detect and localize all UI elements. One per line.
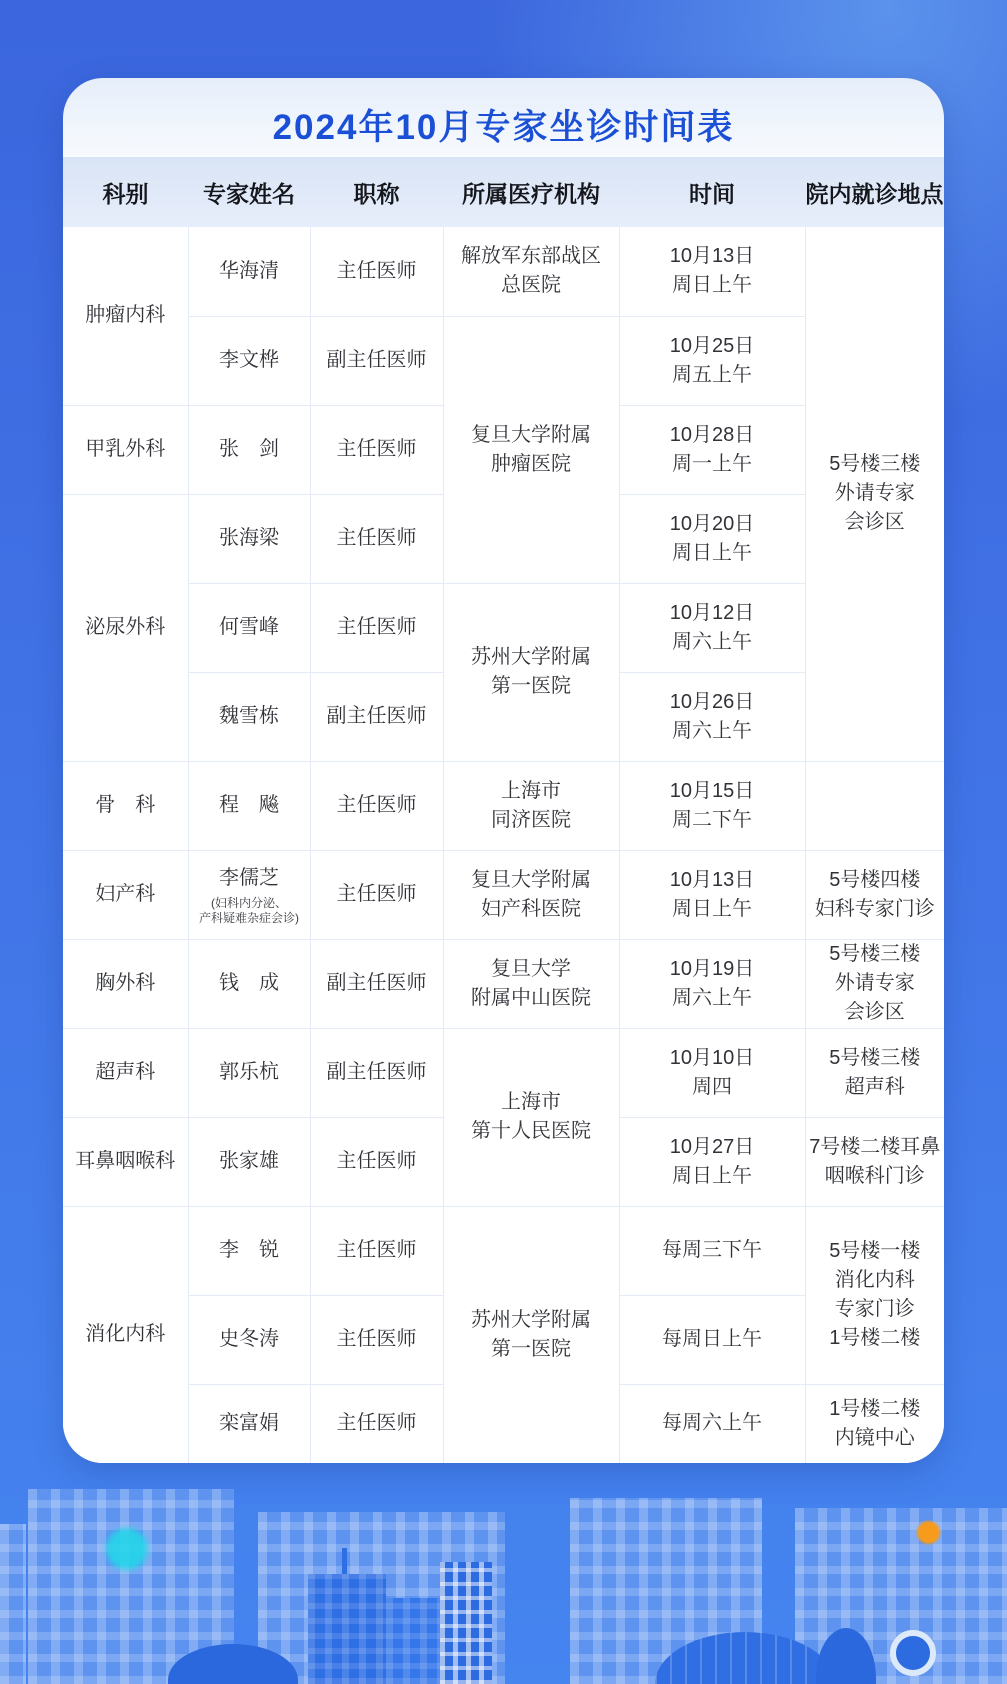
cell-loc: 7号楼二楼耳鼻咽喉科门诊 [805, 1117, 944, 1206]
cell-name: 程 飚 [188, 761, 310, 850]
cell-name: 魏雪栋 [188, 672, 310, 761]
cell-dept: 肿瘤内科 [63, 227, 188, 405]
cell-inst: 上海市第十人民医院 [443, 1028, 619, 1206]
cell-dept: 骨 科 [63, 761, 188, 850]
cell-time: 10月25日周五上午 [619, 316, 805, 405]
cell-title: 副主任医师 [310, 1028, 443, 1117]
cell-name: 栾富娟 [188, 1384, 310, 1463]
cell-dept: 妇产科 [63, 850, 188, 939]
cell-time: 每周六上午 [619, 1384, 805, 1463]
cell-time: 每周日上午 [619, 1295, 805, 1384]
cell-dept: 超声科 [63, 1028, 188, 1117]
background-building [0, 1524, 26, 1684]
ferris-wheel-icon [890, 1630, 936, 1676]
cyan-dot-decoration [106, 1528, 148, 1570]
cell-title: 副主任医师 [310, 939, 443, 1028]
cell-loc: 5号楼四楼妇科专家门诊 [805, 850, 944, 939]
table-row: 妇产科李儒芝(妇科内分泌、产科疑难杂症会诊)主任医师复旦大学附属妇产科医院10月… [63, 850, 944, 939]
cell-dept: 泌尿外科 [63, 494, 188, 761]
cell-title: 副主任医师 [310, 316, 443, 405]
cell-dept: 消化内科 [63, 1206, 188, 1463]
cell-loc: 5号楼三楼超声科 [805, 1028, 944, 1117]
cell-loc: 1号楼二楼内镜中心 [805, 1384, 944, 1463]
table-row: 肿瘤内科华海清主任医师解放军东部战区总医院10月13日周日上午5号楼三楼外请专家… [63, 227, 944, 316]
header-row: 科别专家姓名职称所属医疗机构时间院内就诊地点 [63, 157, 944, 227]
cell-time: 10月15日周二下午 [619, 761, 805, 850]
cell-title: 主任医师 [310, 227, 443, 316]
background-building [258, 1512, 505, 1684]
dome-stadium [655, 1632, 835, 1684]
cell-loc: 5号楼三楼外请专家会诊区 [805, 227, 944, 761]
cell-name: 钱 成 [188, 939, 310, 1028]
cell-name: 张 剑 [188, 405, 310, 494]
cell-time: 10月20日周日上午 [619, 494, 805, 583]
cell-title: 主任医师 [310, 850, 443, 939]
cell-name: 李儒芝(妇科内分泌、产科疑难杂症会诊) [188, 850, 310, 939]
cell-title: 副主任医师 [310, 672, 443, 761]
cell-dept: 胸外科 [63, 939, 188, 1028]
table-row: 消化内科李 锐主任医师苏州大学附属第一医院每周三下午5号楼一楼消化内科专家门诊1… [63, 1206, 944, 1295]
column-header-title: 职称 [310, 157, 443, 227]
table-row: 胸外科钱 成副主任医师复旦大学附属中山医院10月19日周六上午5号楼三楼外请专家… [63, 939, 944, 1028]
background-building [28, 1489, 234, 1684]
dotted-window-building [440, 1562, 492, 1684]
table-row: 骨 科程 飚主任医师上海市同济医院10月15日周二下午 [63, 761, 944, 850]
cell-time: 10月26日周六上午 [619, 672, 805, 761]
schedule-table: 科别专家姓名职称所属医疗机构时间院内就诊地点 肿瘤内科华海清主任医师解放军东部战… [63, 157, 944, 1463]
cell-name: 何雪峰 [188, 583, 310, 672]
cell-dept: 耳鼻咽喉科 [63, 1117, 188, 1206]
cell-time: 10月10日周四 [619, 1028, 805, 1117]
cell-time: 10月13日周日上午 [619, 850, 805, 939]
column-header-time: 时间 [619, 157, 805, 227]
cell-inst: 上海市同济医院 [443, 761, 619, 850]
foreground-building [386, 1598, 448, 1684]
cell-time: 每周三下午 [619, 1206, 805, 1295]
page-title: 2024年10月专家坐诊时间表 [63, 78, 944, 157]
cell-dept: 甲乳外科 [63, 405, 188, 494]
cell-inst: 复旦大学附属肿瘤医院 [443, 316, 619, 583]
cell-title: 主任医师 [310, 583, 443, 672]
background-building [570, 1498, 762, 1684]
cell-loc: 5号楼三楼外请专家会诊区 [805, 939, 944, 1028]
cell-title: 主任医师 [310, 1384, 443, 1463]
background-building [795, 1508, 1007, 1684]
schedule-card: 2024年10月专家坐诊时间表 科别专家姓名职称所属医疗机构时间院内就诊地点 肿… [63, 78, 944, 1463]
table-header: 科别专家姓名职称所属医疗机构时间院内就诊地点 [63, 157, 944, 227]
cell-inst: 苏州大学附属第一医院 [443, 583, 619, 761]
tower-spire [342, 1548, 347, 1576]
cell-title: 主任医师 [310, 761, 443, 850]
cell-name: 张家雄 [188, 1117, 310, 1206]
cell-name: 郭乐杭 [188, 1028, 310, 1117]
cell-time: 10月19日周六上午 [619, 939, 805, 1028]
name-note: (妇科内分泌、产科疑难杂症会诊) [189, 896, 310, 926]
cell-title: 主任医师 [310, 494, 443, 583]
cell-name: 史冬涛 [188, 1295, 310, 1384]
city-skyline-illustration [0, 1463, 1007, 1684]
cell-name: 张海梁 [188, 494, 310, 583]
cell-title: 主任医师 [310, 1295, 443, 1384]
cell-inst: 复旦大学附属中山医院 [443, 939, 619, 1028]
rounded-hall [168, 1644, 298, 1684]
orange-dot-decoration [917, 1521, 940, 1544]
column-header-dept: 科别 [63, 157, 188, 227]
cell-title: 主任医师 [310, 1206, 443, 1295]
cell-title: 主任医师 [310, 1117, 443, 1206]
foreground-tower [308, 1574, 386, 1684]
column-header-name: 专家姓名 [188, 157, 310, 227]
cell-time: 10月27日周日上午 [619, 1117, 805, 1206]
cell-inst: 解放军东部战区总医院 [443, 227, 619, 316]
column-header-inst: 所属医疗机构 [443, 157, 619, 227]
cell-name: 李 锐 [188, 1206, 310, 1295]
column-header-loc: 院内就诊地点 [805, 157, 944, 227]
cell-title: 主任医师 [310, 405, 443, 494]
cell-name: 李文桦 [188, 316, 310, 405]
table-row: 超声科郭乐杭副主任医师上海市第十人民医院10月10日周四5号楼三楼超声科 [63, 1028, 944, 1117]
cell-time: 10月12日周六上午 [619, 583, 805, 672]
cell-inst: 复旦大学附属妇产科医院 [443, 850, 619, 939]
cell-time: 10月13日周日上午 [619, 227, 805, 316]
cell-time: 10月28日周一上午 [619, 405, 805, 494]
cell-name: 华海清 [188, 227, 310, 316]
cell-inst: 苏州大学附属第一医院 [443, 1206, 619, 1463]
crescent-building [816, 1628, 876, 1684]
cell-loc: 5号楼一楼消化内科专家门诊1号楼二楼 [805, 1206, 944, 1384]
table-body: 肿瘤内科华海清主任医师解放军东部战区总医院10月13日周日上午5号楼三楼外请专家… [63, 227, 944, 1463]
cell-loc [805, 761, 944, 850]
